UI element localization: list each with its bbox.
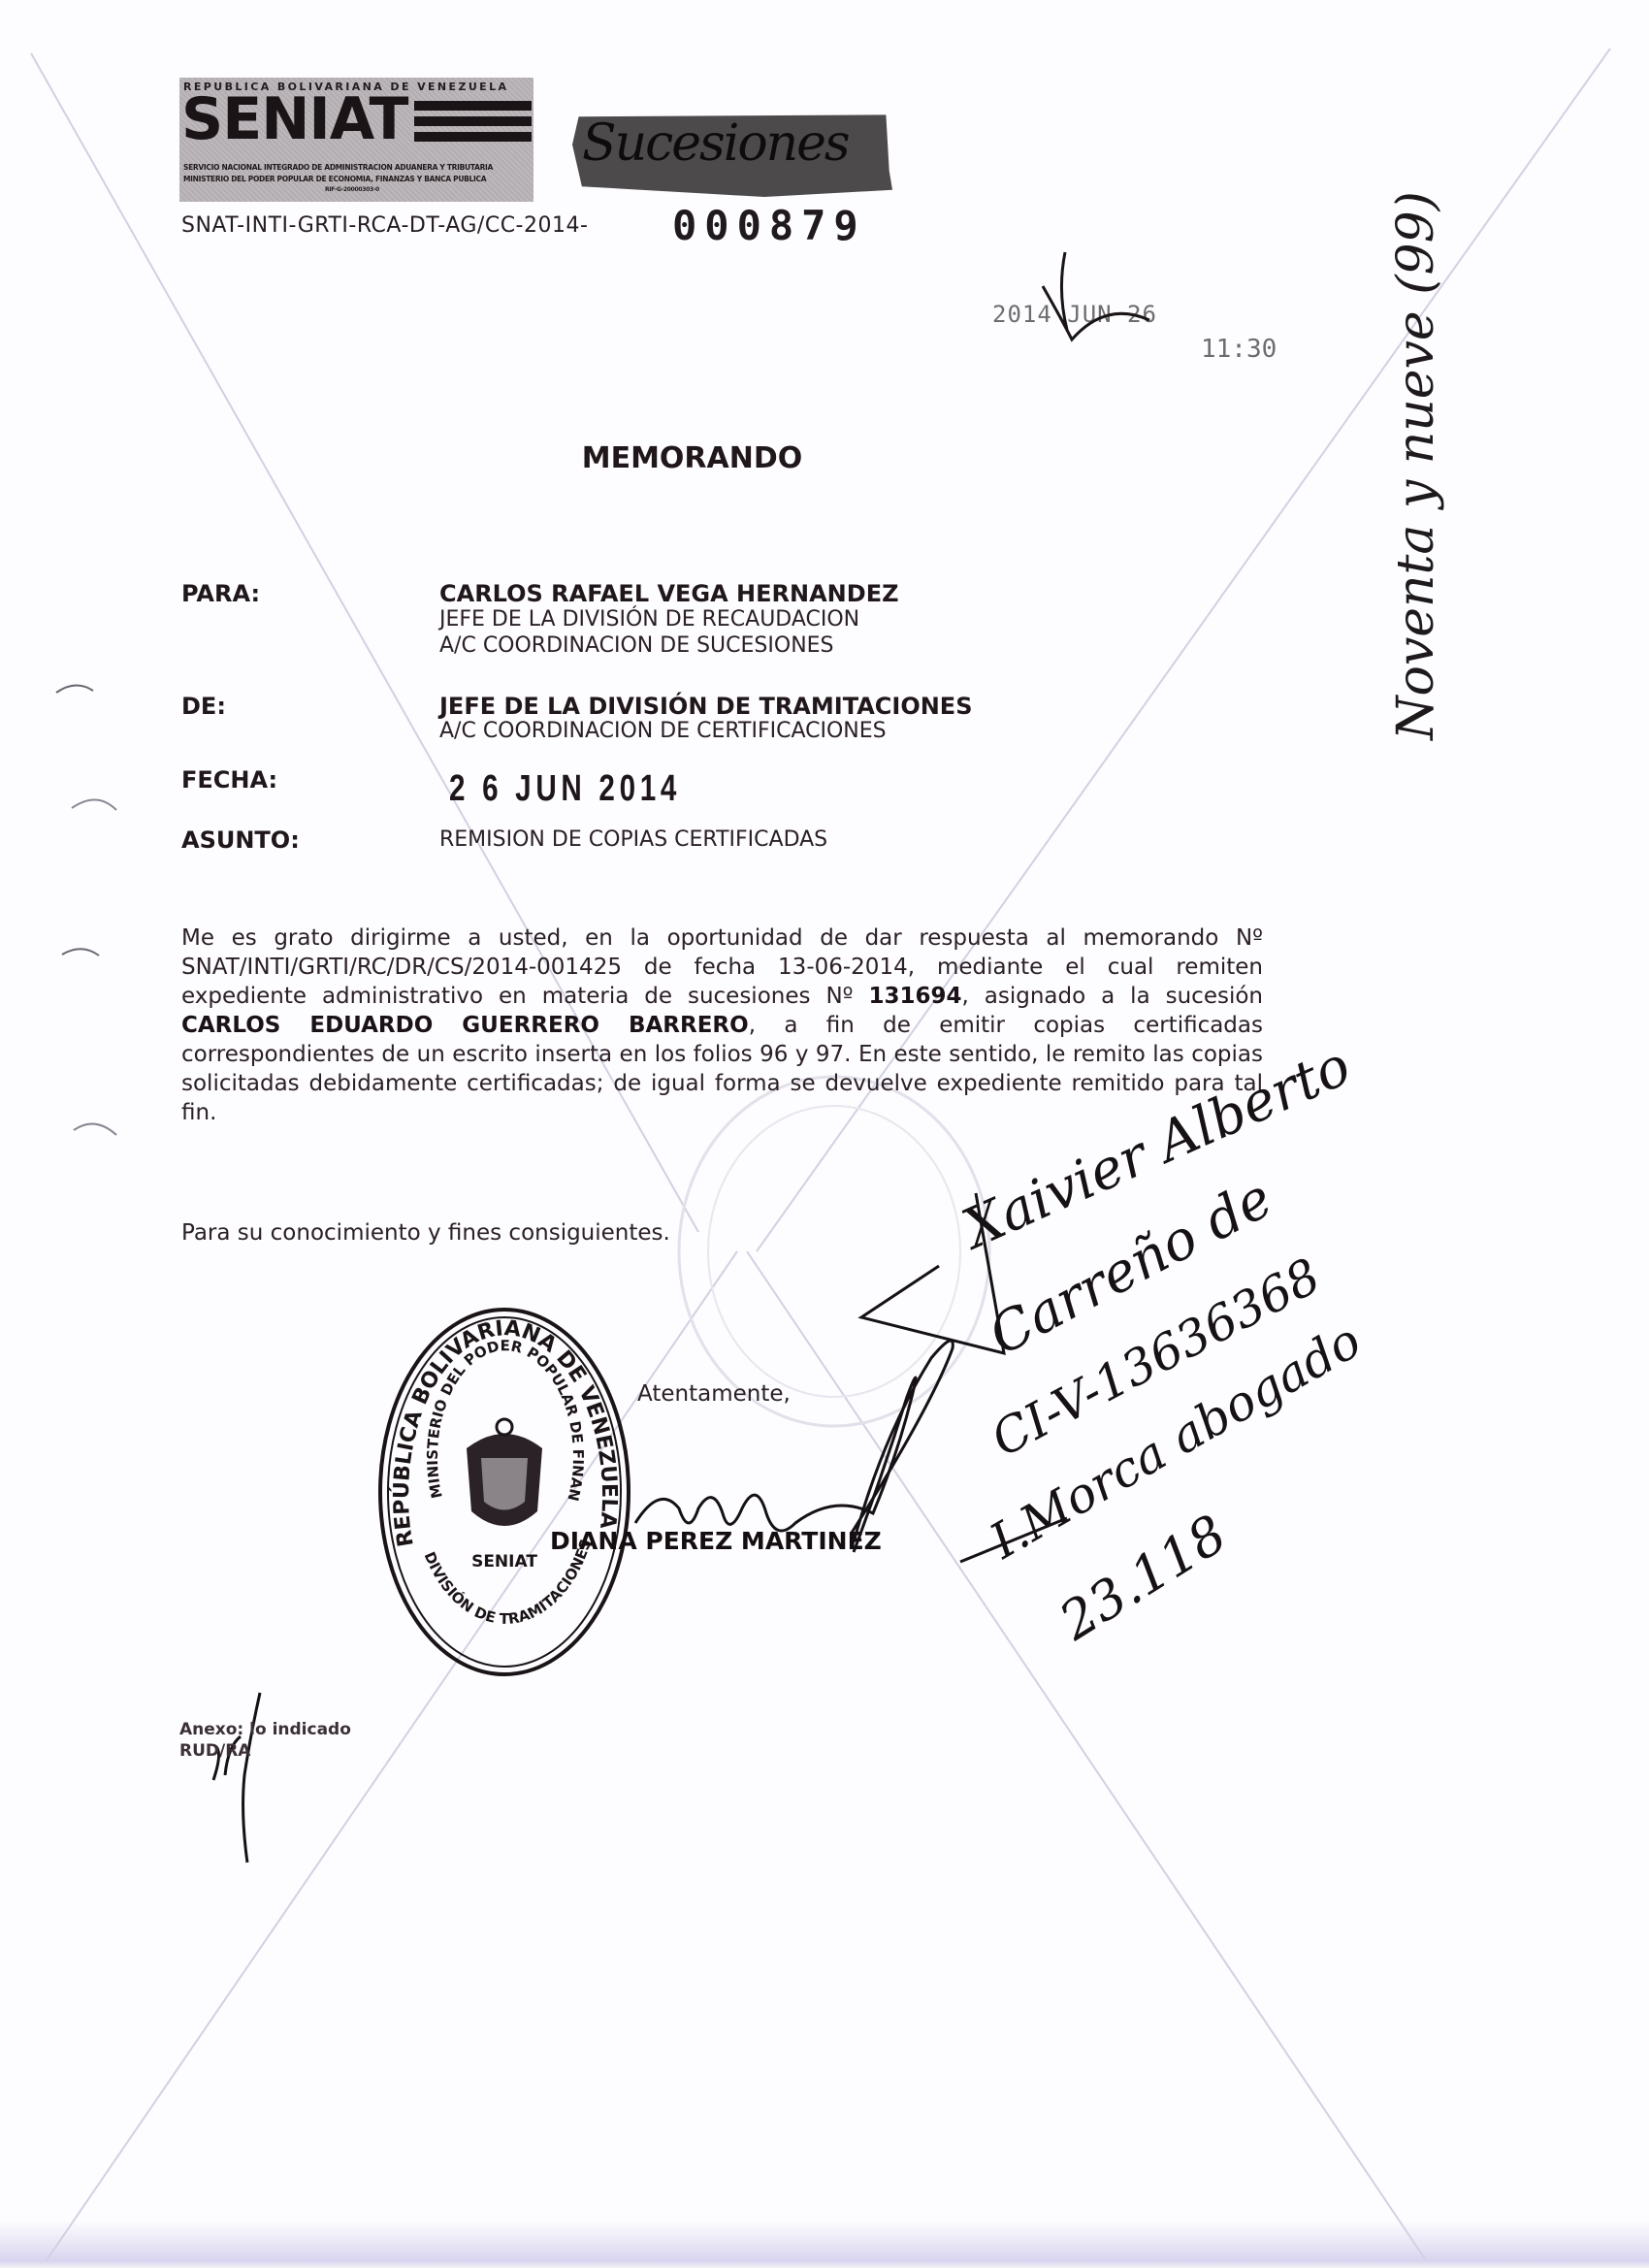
logo-rif-line: RIF-G-20000303-0 bbox=[325, 186, 379, 193]
reference-number: 000879 bbox=[672, 202, 866, 249]
reference-prefix: SNAT-INTI-GRTI-RCA-DT-AG/CC-2014- bbox=[181, 213, 588, 238]
scan-edge bbox=[0, 2221, 1649, 2268]
official-seal: REPÚBLICA BOLIVARIANA DE VENEZUELA MINIS… bbox=[374, 1303, 634, 1681]
seniat-logo: REPUBLICA BOLIVARIANA DE VENEZUELA SENIA… bbox=[179, 78, 533, 202]
de-name: JEFE DE LA DIVISIÓN DE TRAMITACIONES bbox=[439, 693, 972, 720]
decedent-name: CARLOS EDUARDO GUERRERO BARRERO bbox=[181, 1013, 749, 1038]
memo-title: MEMORANDO bbox=[0, 441, 1384, 475]
salutation: Atentamente, bbox=[637, 1381, 791, 1407]
para-line-1: JEFE DE LA DIVISIÓN DE RECAUDACION bbox=[439, 607, 859, 632]
logo-agency-line: SERVICIO NACIONAL INTEGRADO DE ADMINISTR… bbox=[183, 163, 493, 172]
expediente-number: 131694 bbox=[868, 984, 961, 1009]
asunto-label: ASUNTO: bbox=[181, 826, 300, 854]
fecha-label: FECHA: bbox=[181, 766, 277, 794]
body-paragraph: Me es grato dirigirme a usted, en la opo… bbox=[181, 923, 1263, 1127]
typist-initials: RUD/RA bbox=[179, 1741, 250, 1761]
handwritten-folio-note: Noventa y nueve (99) bbox=[1387, 191, 1445, 740]
logo-wordmark: SENIAT bbox=[181, 89, 407, 149]
de-label: DE: bbox=[181, 693, 226, 720]
fecha-stamp-value: 2 6 JUN 2014 bbox=[449, 768, 681, 810]
body-text-2: , asignado a la sucesión bbox=[961, 984, 1263, 1009]
received-stamp-date: 2014 JUN 26 bbox=[992, 301, 1157, 328]
handwritten-sucesiones-label: Sucesiones bbox=[582, 114, 849, 173]
para-label: PARA: bbox=[181, 580, 260, 607]
annex-line: Anexo: lo indicado bbox=[179, 1720, 351, 1739]
para-name: CARLOS RAFAEL VEGA HERNANDEZ bbox=[439, 580, 898, 607]
seal-center-text: SENIAT bbox=[471, 1552, 537, 1571]
closing-line: Para su conocimiento y fines consiguient… bbox=[181, 1220, 670, 1246]
signer-name: DIANA PEREZ MARTINEZ bbox=[550, 1527, 882, 1555]
de-line-1: A/C COORDINACION DE CERTIFICACIONES bbox=[439, 719, 887, 743]
asunto-value: REMISION DE COPIAS CERTIFICADAS bbox=[439, 827, 827, 852]
coat-of-arms-icon bbox=[467, 1419, 542, 1526]
logo-flag-bars bbox=[414, 101, 532, 149]
received-stamp-time: 11:30 bbox=[1201, 335, 1277, 364]
logo-ministry-line: MINISTERIO DEL PODER POPULAR DE ECONOMIA… bbox=[183, 175, 486, 183]
para-line-2: A/C COORDINACION DE SUCESIONES bbox=[439, 633, 834, 658]
